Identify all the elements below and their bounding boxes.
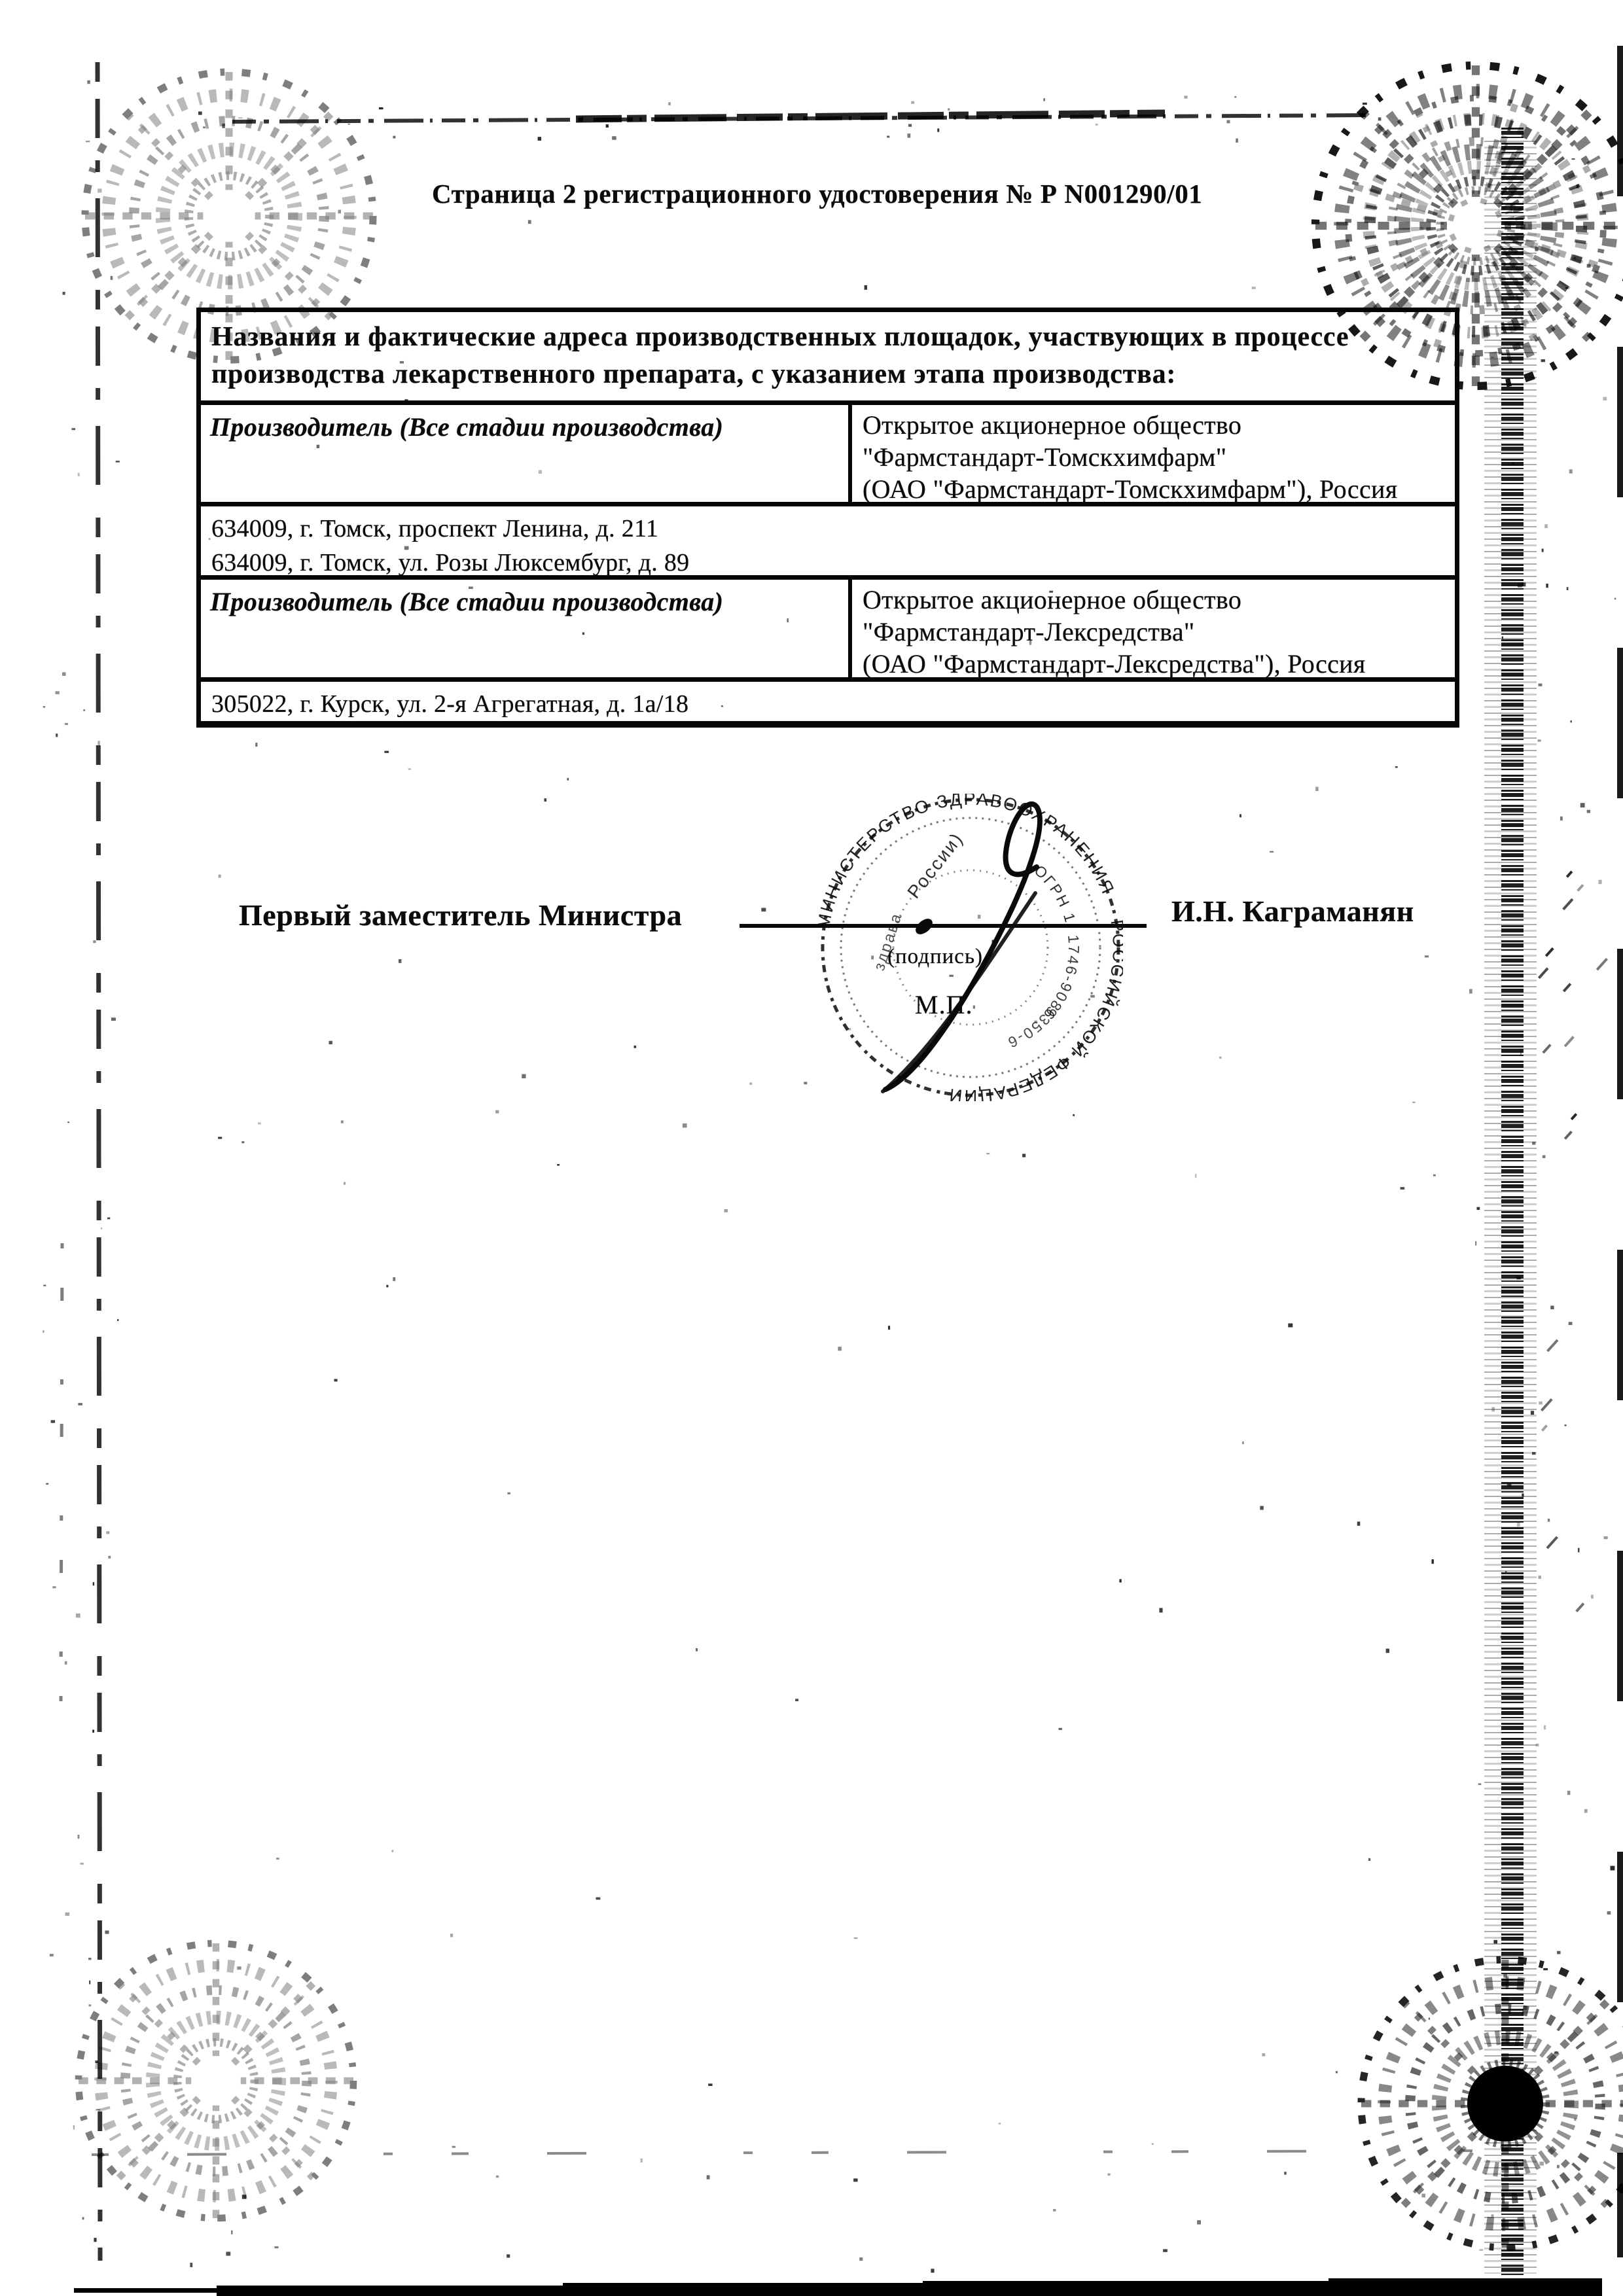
producer-name-line: Открытое акционерное общество — [863, 584, 1450, 616]
scanned-certificate-page: Страница 2 регистрационного удостоверени… — [0, 0, 1623, 2296]
svg-text:9350-6: 9350-6 — [1005, 1003, 1061, 1051]
producer-address-cell: 634009, г. Томск, проспект Ленина, д. 21… — [201, 506, 1455, 575]
table-row-producer-1: Производитель (Все стадии производства) … — [201, 400, 1455, 502]
table-caption: Названия и фактические адреса производст… — [201, 312, 1455, 400]
table-row-address-1: 634009, г. Томск, проспект Ленина, д. 21… — [201, 502, 1455, 575]
toner-band-core — [1501, 128, 1524, 2277]
producer-role-cell: Производитель (Все стадии производства) — [201, 405, 852, 502]
svg-text:России): России) — [903, 828, 967, 902]
ministry-round-stamp: МИНИСТЕРСТВО ЗДРАВООХРАНЕНИЯ РОССИЙСКОЙ … — [818, 794, 1123, 1101]
bottom-scan-bar — [74, 2278, 1602, 2296]
producer-name-line: Открытое акционерное общество — [863, 409, 1450, 441]
producer-name-line: (ОАО "Фармстандарт-Лексредства"), Россия — [863, 648, 1450, 680]
rosette-bottom-left — [79, 1943, 353, 2218]
producer-name-line: (ОАО "Фармстандарт-Томскхимфарм"), Росси… — [863, 473, 1450, 505]
table-row-address-2: 305022, г. Курск, ул. 2-я Агрегатная, д.… — [201, 677, 1455, 728]
producer-name-line: "Фармстандарт-Лексредства" — [863, 616, 1450, 648]
stamp-ring-text: МИНИСТЕРСТВО ЗДРАВООХРАНЕНИЯ РОССИЙСКОЙ … — [818, 794, 1123, 1101]
address-line: 305022, г. Курск, ул. 2-я Агрегатная, д.… — [211, 687, 1450, 721]
svg-text:РОССИЙСКОЙ ФЕДЕРАЦИИ: РОССИЙСКОЙ ФЕДЕРАЦИИ — [947, 919, 1123, 1101]
producer-name-line: "Фармстандарт-Томскхимфарм" — [863, 441, 1450, 473]
table-row-producer-2: Производитель (Все стадии производства) … — [201, 575, 1455, 677]
producer-name-cell: Открытое акционерное общество "Фармстанд… — [852, 405, 1455, 502]
svg-text:здрава: здрава — [870, 910, 906, 973]
producer-role-cell: Производитель (Все стадии производства) — [201, 580, 852, 677]
producer-address-cell: 305022, г. Курск, ул. 2-я Агрегатная, д.… — [201, 682, 1455, 728]
ink-blot — [913, 915, 936, 937]
producer-name-cell: Открытое акционерное общество "Фармстанд… — [852, 580, 1455, 677]
address-line: 634009, г. Томск, проспект Ленина, д. 21… — [211, 512, 1450, 546]
page-title: Страница 2 регистрационного удостоверени… — [432, 178, 1257, 209]
signatory-name: И.Н. Каграманян — [1171, 894, 1414, 928]
svg-text:ОГРН 1: ОГРН 1 — [1031, 862, 1079, 925]
production-sites-table: Названия и фактические адреса производст… — [196, 308, 1459, 728]
signatory-title: Первый заместитель Министра — [239, 898, 682, 932]
address-line: 634009, г. Томск, ул. Розы Люксембург, д… — [211, 546, 1450, 580]
edge-sliver — [1617, 46, 1623, 2257]
